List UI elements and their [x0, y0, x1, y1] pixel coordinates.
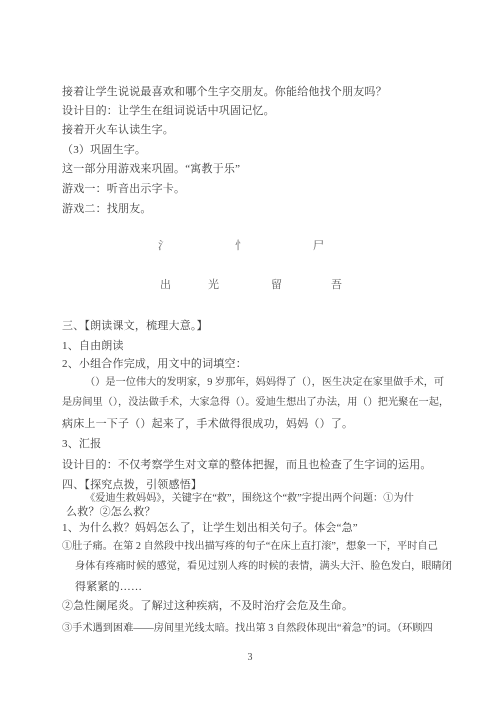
paragraph: 是房间里（），没法做手术，大家急得（）。爱迪生想出了办法，用（）把光聚在一起， — [62, 397, 449, 409]
section-heading: 三、【朗读课文，梳理大意。】 — [62, 320, 208, 333]
radical-glyph: 尸 — [313, 240, 324, 253]
paragraph: 身体有疼痛时候的感觉，看见过别人疼的时候的表情，满头大汗、脸色发白，眼睛闭 — [75, 561, 452, 573]
paragraph: 接着让学生说说最喜欢和哪个生字交朋友。你能给他找个朋友吗？ — [62, 86, 387, 99]
paragraph: 设计目的：不仅考察学生对文章的整体把握，而且也检查了生字词的运用。 — [62, 459, 432, 472]
vocab-character: 光 — [208, 279, 219, 292]
paragraph: 得紧紧的…… — [75, 581, 142, 594]
paragraph: 病床上一下子（）起来了，手术做得很成功，妈妈（）了。 — [62, 418, 353, 431]
paragraph: 这一部分用游戏来巩固。“寓教于乐” — [62, 163, 240, 176]
section-heading: 四、【探究点拨，引领感悟】 — [62, 479, 202, 492]
paragraph: 游戏二：找朋友。 — [62, 203, 152, 216]
vocab-character: 吾 — [331, 279, 342, 292]
document-page: 接着让学生说说最喜欢和哪个生字交朋友。你能给他找个朋友吗？ 设计目的：让学生在组… — [0, 0, 500, 707]
paragraph: 接着开火车认读生字。 — [62, 124, 174, 137]
paragraph: ③手术遇到困难——房间里光线太暗。找出第 3 自然段体现出“着急”的词。（环顾四 — [62, 623, 433, 635]
paragraph: （3）巩固生字。 — [62, 144, 146, 157]
paragraph: 么救？②怎么救？ — [66, 506, 156, 519]
paragraph: 《爱迪生救妈妈》，关键字在“救”，围绕这个“救”字提出两个问题：①为什 — [85, 493, 414, 505]
radical-glyph: 氵 — [158, 240, 169, 253]
paragraph: 3、汇报 — [62, 438, 101, 451]
paragraph: 游戏一：听音出示字卡。 — [62, 183, 185, 196]
paragraph: ①肚子痛。在第 2 自然段中找出描写疼的句子“在床上直打滚”，想象一下，平时自己 — [62, 541, 438, 553]
paragraph: 1、自由朗读 — [62, 340, 124, 353]
paragraph: 2、小组合作完成，用文中的词填空： — [62, 358, 247, 371]
paragraph: ②急性阑尾炎。了解过这种疾病，不及时治疗会危及生命。 — [62, 600, 353, 613]
characters-row: 出 光 留 吾 — [0, 279, 500, 293]
page-number: 3 — [0, 652, 500, 663]
radicals-row: 氵 忄 尸 — [0, 240, 500, 254]
radical-glyph: 忄 — [235, 240, 246, 253]
vocab-character: 留 — [271, 279, 282, 292]
paragraph: （）是一位伟大的发明家，9 岁那年，妈妈得了（），医生决定在家里做手术，可 — [85, 377, 444, 389]
paragraph: 1、为什么救？妈妈怎么了，让学生划出相关句子。体会“急” — [62, 522, 358, 535]
vocab-character: 出 — [160, 279, 171, 292]
paragraph: 设计目的：让学生在组词说话中巩固记忆。 — [62, 105, 275, 118]
